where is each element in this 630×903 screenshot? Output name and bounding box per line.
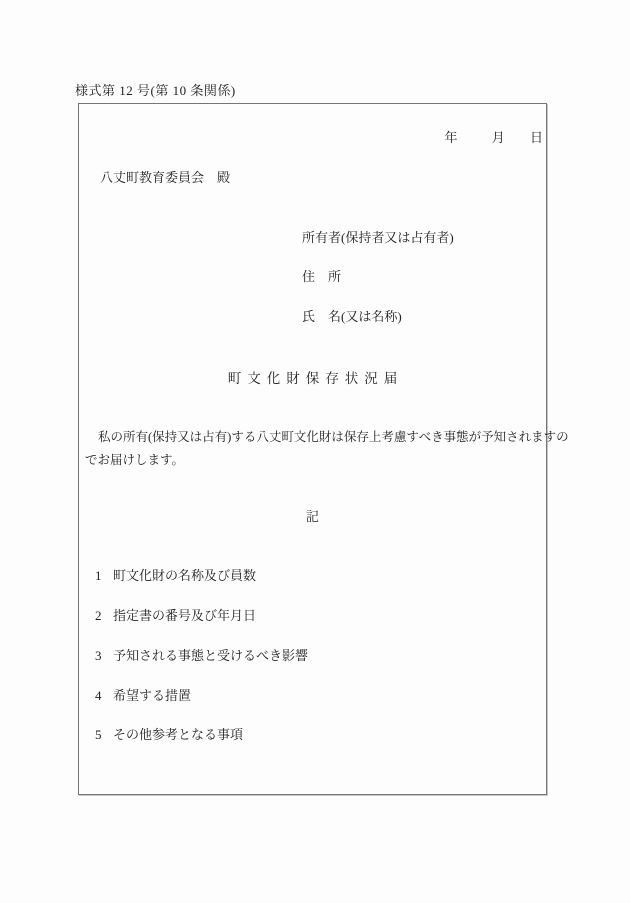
date-line: 年 月 日	[444, 127, 544, 146]
addressee-line: 八丈町教育委員会殿	[100, 167, 230, 186]
record-marker: 記	[79, 506, 546, 525]
list-item-3: 3予知される事態と受けるべき影響	[95, 645, 308, 664]
body-line-2: でお届けします。	[85, 449, 543, 472]
form-title: 町文化財保存状況届	[79, 367, 546, 387]
day-label: 日	[530, 130, 543, 145]
list-item-5: 5その他参考となる事項	[95, 724, 243, 743]
month-label: 月	[492, 130, 505, 145]
year-label: 年	[444, 130, 457, 145]
form-box: 年 月 日 八丈町教育委員会殿 所有者(保持者又は占有者) 住 所 氏 名(又は…	[78, 103, 547, 795]
addressee-name: 八丈町教育委員会	[100, 170, 204, 185]
body-paragraph: 私の所有(保持又は占有)する八丈町文化財は保存上考慮すべき事態が予知されますの …	[85, 426, 543, 471]
addressee-honorific: 殿	[217, 170, 230, 185]
form-number: 様式第 12 号(第 10 条関係)	[75, 80, 236, 99]
item-text: その他参考となる事項	[113, 727, 243, 742]
body-line-1: 私の所有(保持又は占有)する八丈町文化財は保存上考慮すべき事態が予知されますの	[85, 426, 543, 449]
address-field-label: 住 所	[302, 266, 341, 285]
list-item-4: 4希望する措置	[95, 685, 191, 704]
item-text: 予知される事態と受けるべき影響	[113, 648, 308, 663]
list-item-2: 2指定書の番号及び年月日	[95, 605, 256, 624]
item-text: 希望する措置	[113, 688, 191, 703]
item-number: 4	[95, 688, 113, 704]
item-text: 指定書の番号及び年月日	[113, 608, 256, 623]
item-number: 1	[95, 568, 113, 584]
document-page: 様式第 12 号(第 10 条関係) 年 月 日 八丈町教育委員会殿 所有者(保…	[0, 0, 630, 903]
list-item-1: 1町文化財の名称及び員数	[95, 565, 256, 584]
name-field-label: 氏 名(又は名称)	[302, 306, 402, 325]
owner-field-label: 所有者(保持者又は占有者)	[302, 227, 454, 246]
item-number: 5	[95, 727, 113, 743]
item-number: 3	[95, 648, 113, 664]
item-text: 町文化財の名称及び員数	[113, 568, 256, 583]
item-number: 2	[95, 608, 113, 624]
